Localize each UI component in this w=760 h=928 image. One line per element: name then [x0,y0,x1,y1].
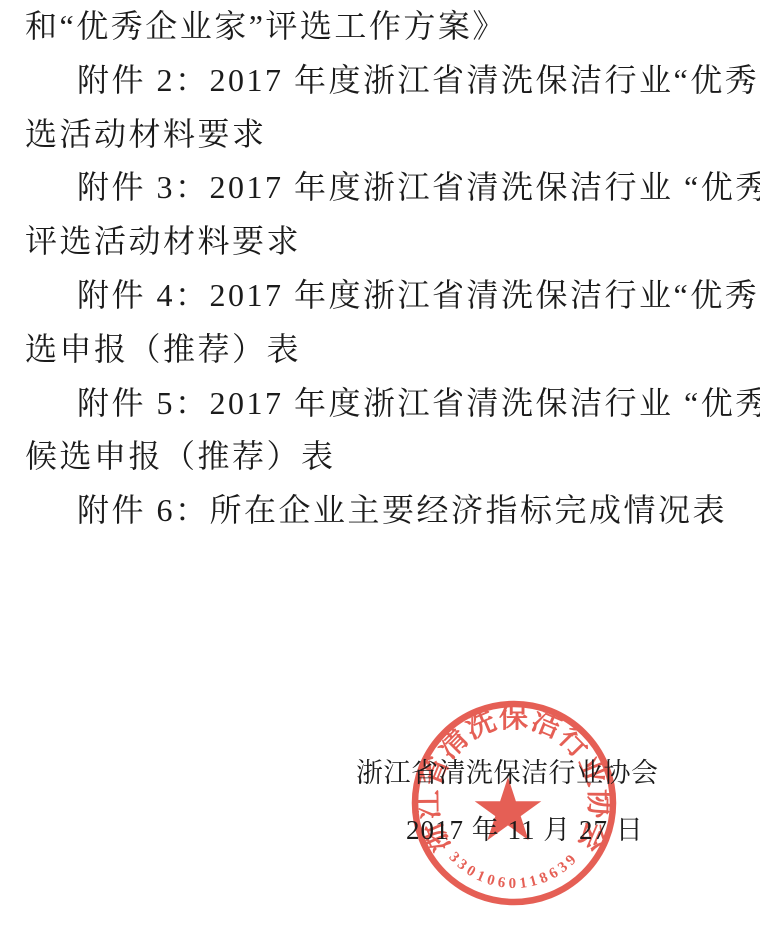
doc-line-5: 评选活动材料要求 [25,215,746,269]
doc-line-3: 选活动材料要求 [25,108,746,162]
attachment-list: 和“优秀企业家”评选工作方案》 附件 2：2017 年度浙江省清洗保洁行业“优秀… [25,0,746,538]
doc-line-10: 附件 6：所在企业主要经济指标完成情况表 [25,484,746,538]
doc-line-2: 附件 2：2017 年度浙江省清洗保洁行业“优秀企业”评 [25,54,746,108]
document-page: 和“优秀企业家”评选工作方案》 附件 2：2017 年度浙江省清洗保洁行业“优秀… [0,0,760,928]
doc-line-4: 附件 3：2017 年度浙江省清洗保洁行业 “优秀企业家” [25,161,746,215]
official-seal-stamp: 浙江省清洗保洁行业协会 3301060118639 [408,697,620,909]
doc-line-8: 附件 5：2017 年度浙江省清洗保洁行业 “优秀企业家” [25,377,746,431]
signature-org: 浙江省清洗保洁行业协会 [356,751,659,790]
doc-line-1: 和“优秀企业家”评选工作方案》 [25,0,746,54]
doc-line-9: 候选申报（推荐）表 [25,430,746,484]
signature-date: 2017 年 11 月 27 日 [406,808,644,847]
doc-line-6: 附件 4：2017 年度浙江省清洗保洁行业“优秀企业”候 [25,269,746,323]
doc-line-7: 选申报（推荐）表 [25,323,746,377]
seal-code-text: 3301060118639 [446,849,583,892]
